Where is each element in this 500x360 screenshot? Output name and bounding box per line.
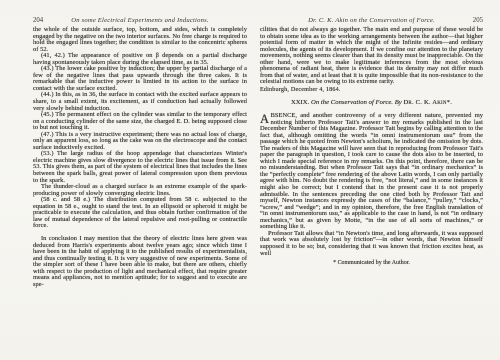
article-heading: XXIX. On the Conservation of Force. By D… <box>260 100 483 107</box>
paragraph: cilities that do not always go together.… <box>260 27 483 86</box>
paragraph-text: BSENCE, and another controversy of a ver… <box>260 112 483 230</box>
article-byline: By <box>395 99 402 106</box>
running-head-left: 204 On some Electrical Experiments and I… <box>33 16 247 25</box>
paragraph-with-dropcap: ABSENCE, and another controversy of a ve… <box>260 113 483 231</box>
running-head-right: Dr. C. K. Akin on the Conservation of Fo… <box>260 16 483 25</box>
paragraph: Professor Tait allows that “in Newton's … <box>260 231 483 257</box>
paragraph: (47.) This is a very instructive experim… <box>33 132 247 152</box>
left-page-body: the whole of the outside surface, top, b… <box>33 27 247 288</box>
paragraph: (53.) The large radius of the hoop appen… <box>33 151 247 184</box>
paragraph: (44.) In this, as in 36, the surface in … <box>33 92 247 112</box>
article-title: On the Conservation of Force. <box>311 99 393 106</box>
running-title-right: Dr. C. K. Akin on the Conservation of Fo… <box>260 16 483 25</box>
paragraph: In conclusion I may mention that the the… <box>33 236 247 288</box>
article-author: Dr. C. K. Akin*. <box>403 99 452 106</box>
footnote: * Communicated by the Author. <box>260 260 483 267</box>
page-number-right: 205 <box>473 16 483 25</box>
running-title-left: On some Electrical Experiments and Induc… <box>33 16 247 25</box>
article-number: XXIX. <box>291 99 309 106</box>
paragraph: (45.) The permanent effect on the cylind… <box>33 112 247 132</box>
paragraph: (43.) The lower cake positive by inducti… <box>33 66 247 92</box>
paragraph: the whole of the outside surface, top, b… <box>33 27 247 53</box>
right-page-body: cilities that do not always go together.… <box>260 27 483 267</box>
paragraph: (58 c. and 58 e.) The distribution compu… <box>33 197 247 230</box>
dateline: Edinburgh, December 4, 1864. <box>260 87 483 94</box>
dropcap: A <box>260 113 271 125</box>
